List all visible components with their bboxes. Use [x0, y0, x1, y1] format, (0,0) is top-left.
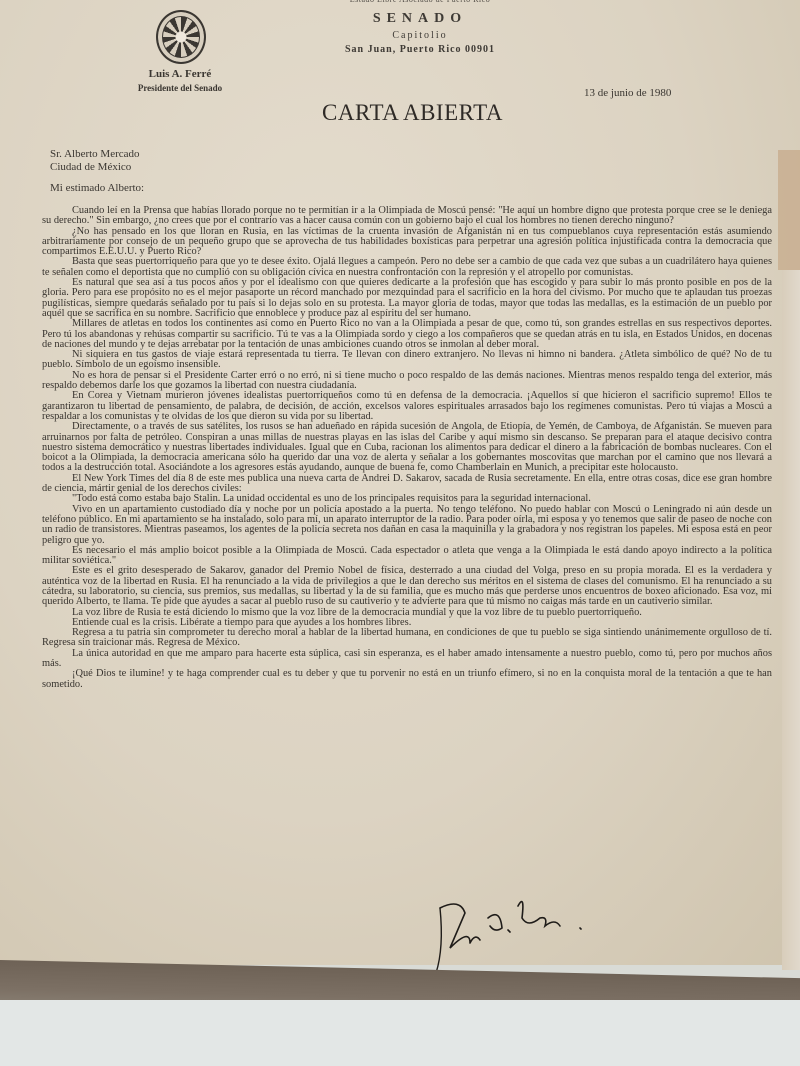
letterhead-building: Capitolio	[300, 30, 540, 41]
letterhead-address: San Juan, Puerto Rico 00901	[300, 44, 540, 55]
letter-paragraph: Es natural que sea así a tus pocos años …	[42, 278, 772, 319]
paper-edge	[782, 270, 800, 970]
paper-stain	[778, 150, 800, 270]
letter-body: Cuando leí en la Prensa que habías llora…	[42, 206, 772, 690]
letter-paragraph: Ni siquiera en tus gastos de viaje estar…	[42, 350, 772, 371]
letter-paragraph: Es necesario el más amplio boicot posibl…	[42, 546, 772, 567]
letterhead-chamber: SENADO	[300, 11, 540, 27]
greeting: Mi estimado Alberto:	[50, 182, 144, 194]
letter-paragraph: Basta que seas puertorriqueño para que y…	[42, 257, 772, 278]
letterhead-org: Estado Libre Asociado de Puerto Rico	[300, 0, 540, 4]
recipient-city: Ciudad de México	[50, 161, 140, 174]
wall-background	[0, 1000, 800, 1066]
recipient-name: Sr. Alberto Mercado	[50, 148, 140, 161]
recipient-block: Sr. Alberto Mercado Ciudad de México	[50, 148, 140, 174]
letter-date: 13 de junio de 1980	[584, 87, 671, 99]
letter-paper: Estado Libre Asociado de Puerto Rico SEN…	[0, 0, 800, 965]
letter-paragraph: El New York Times del día 8 de este mes …	[42, 474, 772, 495]
letter-paragraph: Vivo en un apartamiento custodiado día y…	[42, 505, 772, 546]
letter-paragraph: En Corea y Vietnam murieron jóvenes idea…	[42, 391, 772, 422]
letter-title: CARTA ABIERTA	[300, 100, 525, 126]
letter-paragraph: No es hora de pensar si el Presidente Ca…	[42, 371, 772, 392]
letter-paragraph: La única autoridad en que me amparo para…	[42, 649, 772, 670]
letter-paragraph: ¿No has pensado en los que lloran en Rus…	[42, 227, 772, 258]
letter-paragraph: Directamente, o a través de sus satélite…	[42, 422, 772, 473]
letter-paragraph: Millares de atletas en todos los contine…	[42, 319, 772, 350]
letter-paragraph: Regresa a tu patria sin comprometer tu d…	[42, 628, 772, 649]
letter-paragraph: ¡Qué Dios te ilumine! y te haga comprend…	[42, 669, 772, 690]
letter-paragraph: Este es el grito desesperado de Sakarov,…	[42, 566, 772, 607]
handwritten-signature-icon	[430, 888, 650, 978]
sender-name: Luis A. Ferré	[110, 68, 250, 80]
sender-title: Presidente del Senado	[100, 83, 260, 93]
letter-paragraph: Cuando leí en la Prensa que habías llora…	[42, 206, 772, 227]
senate-seal-icon	[156, 10, 206, 64]
